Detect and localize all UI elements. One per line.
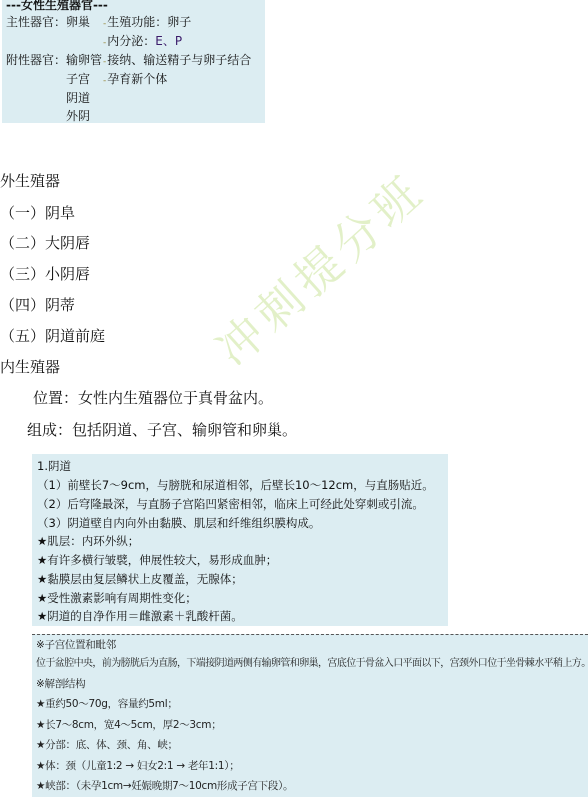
accessory-organ-3: 阴道 — [66, 90, 90, 106]
summary-box: ---女性生殖器官--- 主性器官： 卵巢 -生殖功能：卵子 -内分泌：E、P … — [2, 0, 265, 123]
watermark: 冲刺提分班 — [200, 156, 437, 379]
external-item: （一）阴阜 — [0, 203, 75, 223]
summary-title: ---女性生殖器官--- — [6, 0, 108, 13]
uterus-subheading: ※子宫位置和毗邻 — [36, 638, 116, 652]
uterus-line: ★分部：底、体、颈、角、峡； — [36, 738, 178, 752]
primary-function-1: -生殖功能：卵子 — [103, 14, 191, 32]
vagina-box: 1.阴道 （1）前壁长7～9cm，与膀胱和尿道相邻，后壁长10～12cm，与直肠… — [32, 454, 448, 626]
internal-composition: 组成：包括阴道、子宫、输卵管和卵巢。 — [27, 420, 297, 440]
vagina-line: ★有许多横行皱襞，伸展性较大，易形成血肿； — [37, 552, 277, 568]
vagina-line: （3）阴道壁自内向外由黏膜、肌层和纤维组织膜构成。 — [37, 515, 320, 531]
accessory-function-1: -接纳、输送精子与卵子结合 — [103, 52, 251, 70]
uterus-box: ※子宫位置和毗邻 位于盆腔中央，前为膀胱后为直肠，下端接阴道两侧有输卵管和卵巢，… — [32, 634, 588, 797]
internal-position: 位置：女性内生殖器位于真骨盆内。 — [33, 388, 273, 408]
vagina-line: ★受性激素影响有周期性变化； — [37, 590, 197, 606]
uterus-line: 位于盆腔中央，前为膀胱后为直肠，下端接阴道两侧有输卵管和卵巢，宫底位于骨盆入口平… — [36, 657, 588, 671]
uterus-line: ★峡部：（未孕1cm→妊娠晚期7～10cm形成子宫下段）。 — [36, 779, 293, 793]
external-item: （四）阴蒂 — [0, 295, 75, 315]
external-heading: 外生殖器 — [0, 171, 60, 191]
external-item: （三）小阴唇 — [0, 264, 90, 284]
hormones: E、P — [155, 34, 182, 48]
uterus-line: ★长7～8cm，宽4～5cm，厚2～3cm； — [36, 718, 221, 732]
vagina-line: ★肌层：内环外纵； — [37, 533, 139, 549]
external-item: （五）阴道前庭 — [0, 326, 105, 346]
primary-function-2: -内分泌：E、P — [103, 33, 182, 51]
uterus-subheading: ※解剖结构 — [36, 677, 85, 691]
primary-label: 主性器官： — [6, 14, 66, 30]
primary-organ: 卵巢 — [66, 14, 90, 30]
accessory-organ-1: 输卵管 — [66, 52, 102, 68]
vagina-line: （2）后穹隆最深，与直肠子宫陷凹紧密相邻，临床上可经此处穿刺或引流。 — [37, 496, 424, 512]
accessory-label: 附性器官： — [6, 52, 66, 68]
internal-heading: 内生殖器 — [0, 357, 60, 377]
vagina-line: （1）前壁长7～9cm，与膀胱和尿道相邻，后壁长10～12cm，与直肠贴近。 — [37, 477, 434, 493]
accessory-function-2: -孕育新个体 — [103, 71, 167, 89]
uterus-line: ★重约50～70g，容量约5ml； — [36, 697, 178, 711]
vagina-title: 1.阴道 — [37, 458, 71, 474]
accessory-organ-4: 外阴 — [66, 108, 90, 124]
vagina-line: ★阴道的自净作用＝雌激素＋乳酸杆菌。 — [37, 608, 243, 624]
accessory-organ-2: 子宫 — [66, 71, 90, 87]
external-item: （二）大阴唇 — [0, 233, 90, 253]
uterus-line: ★体：颈（儿童1:2 → 妇女2:1 → 老年1:1）； — [36, 759, 239, 773]
vagina-line: ★黏膜层由复层鳞状上皮覆盖，无腺体； — [37, 571, 243, 587]
